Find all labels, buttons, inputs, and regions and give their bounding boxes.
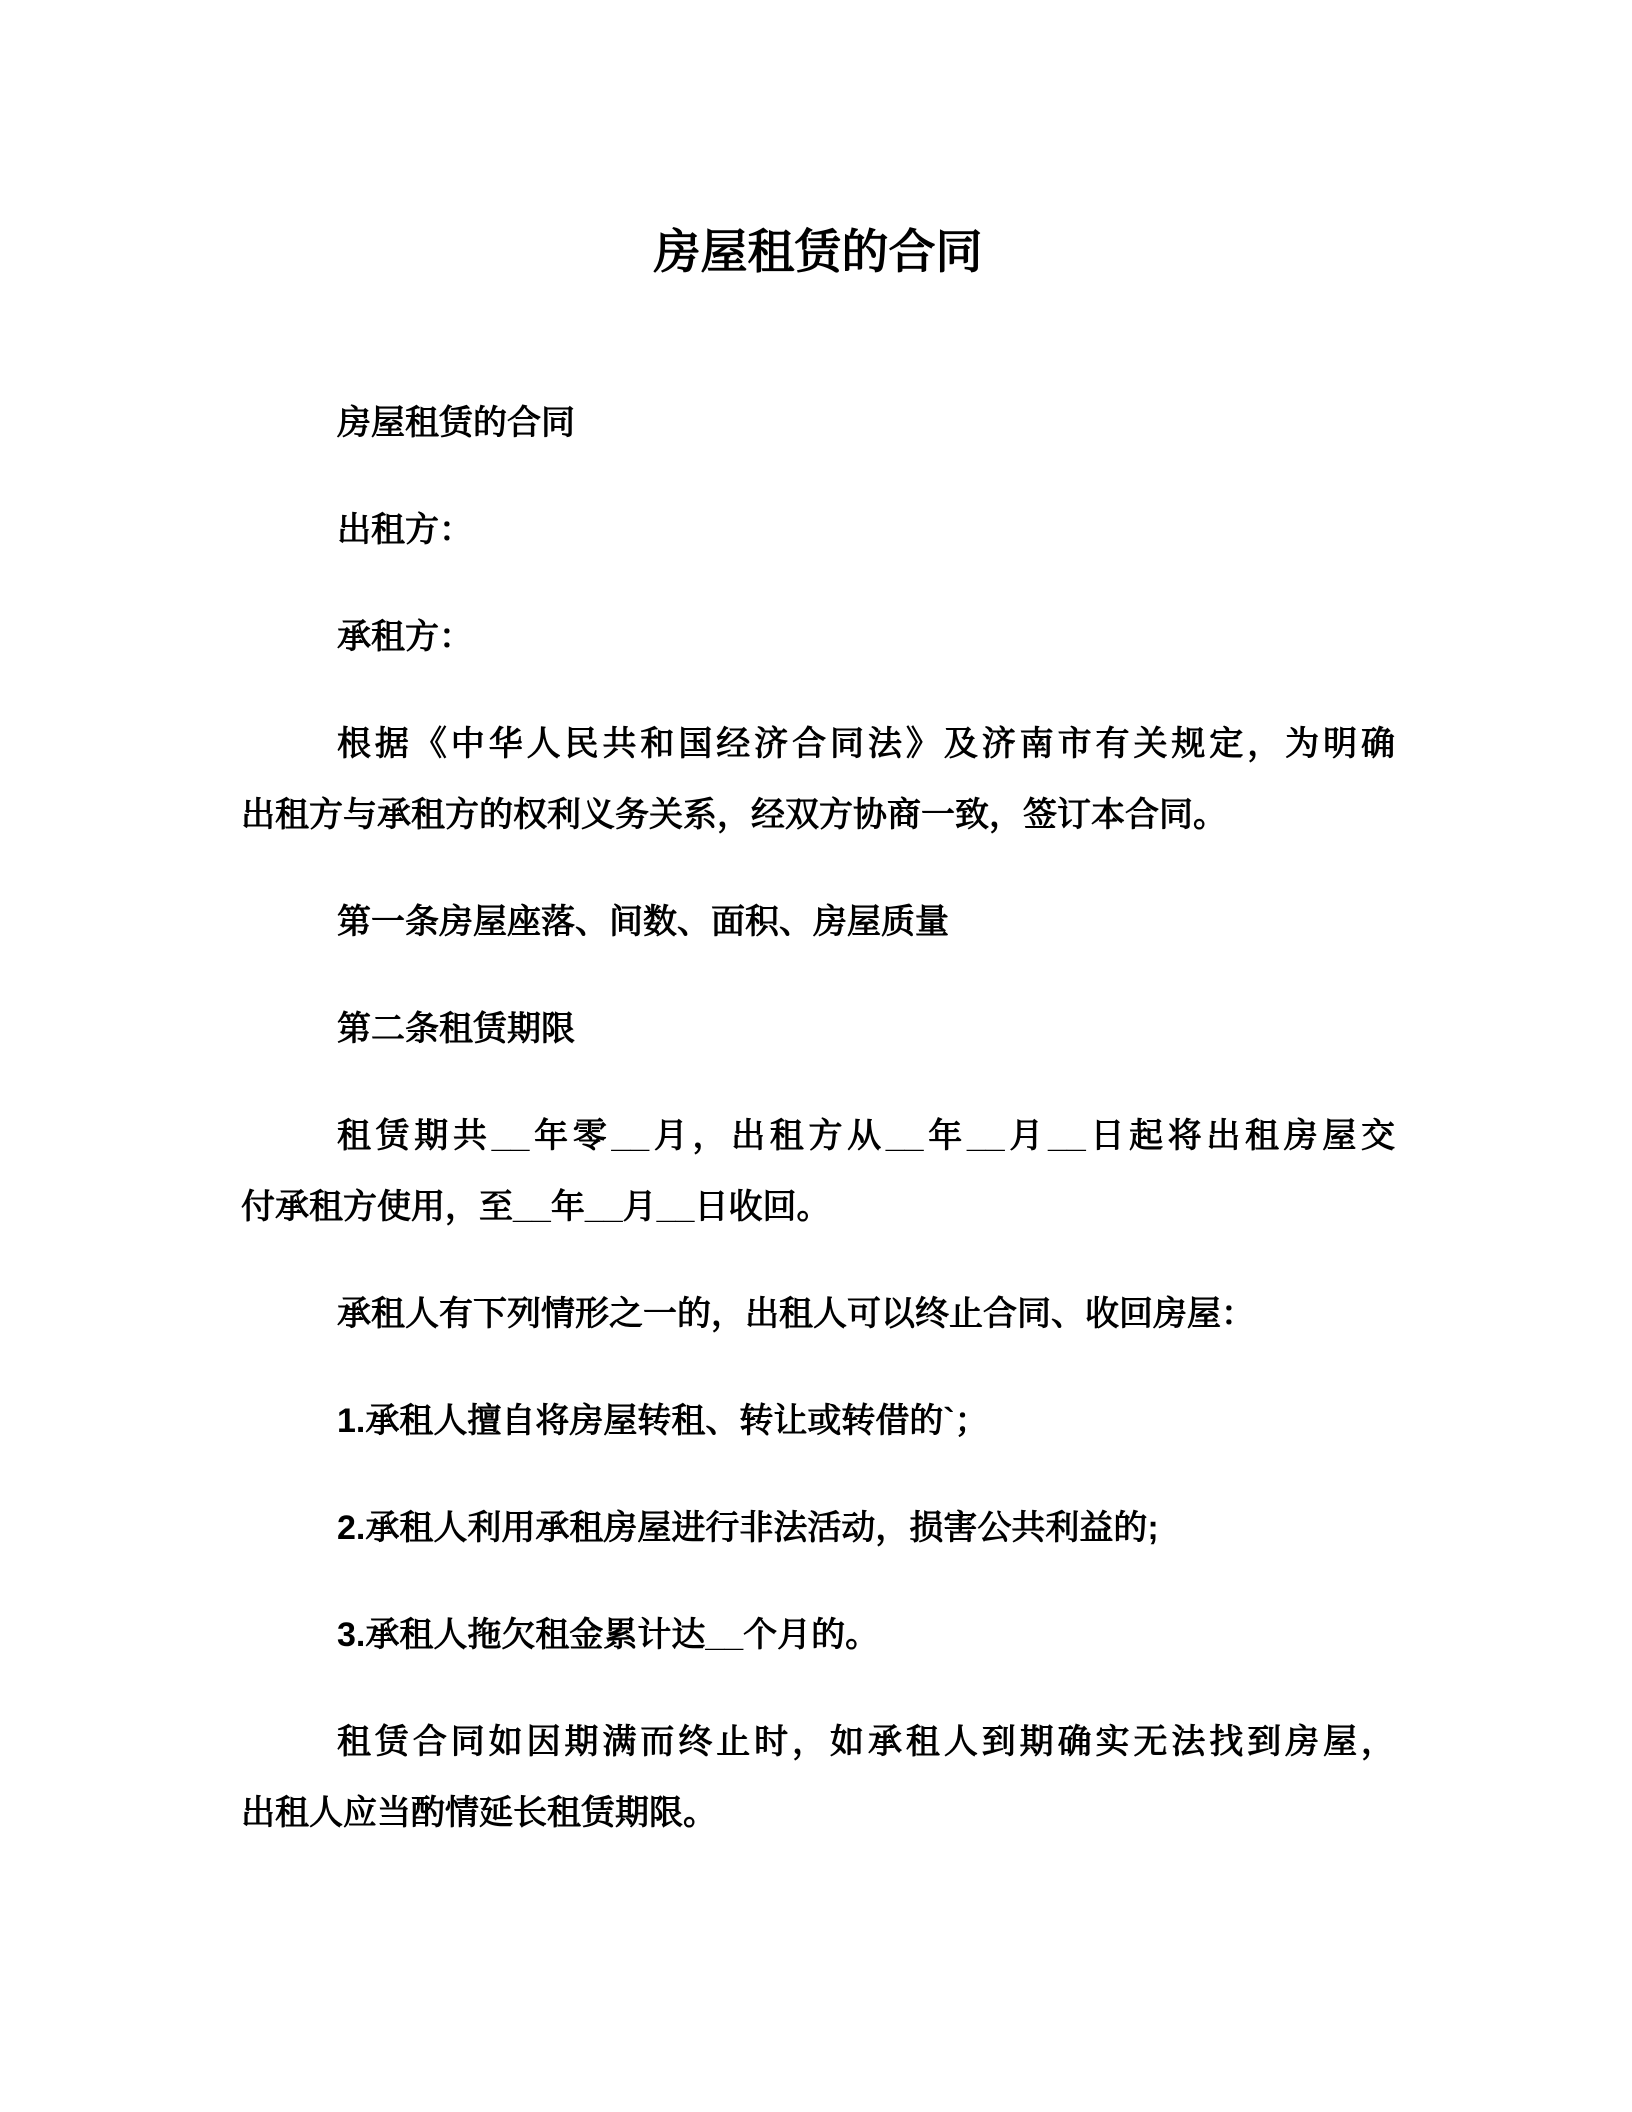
lease-extension-line-1: 租赁合同如因期满而终止时，如承租人到期确实无法找到房屋，	[241, 1707, 1395, 1778]
article-2-heading-line: 第二条租赁期限	[241, 994, 1395, 1065]
subtitle-paragraph: 房屋租赁的合同	[241, 388, 1395, 459]
termination-conditions-intro: 承租人有下列情形之一的，出租人可以终止合同、收回房屋：	[241, 1279, 1395, 1350]
lessor-label: 出租方：	[241, 495, 1395, 566]
lease-term-paragraph: 租赁期共__年零__月，出租方从__年__月__日起将出租房屋交 付承租方使用，…	[241, 1101, 1395, 1243]
preamble-line-2: 出租方与承租方的权利义务关系，经双方协商一致，签订本合同。	[241, 780, 1395, 851]
preamble-paragraph: 根据《中华人民共和国经济合同法》及济南市有关规定，为明确 出租方与承租方的权利义…	[241, 709, 1395, 851]
termination-condition-1-line: 1.承租人擅自将房屋转租、转让或转借的`；	[241, 1386, 1395, 1457]
document-title: 房屋租赁的合同	[241, 223, 1395, 281]
article-2-heading: 第二条租赁期限	[241, 994, 1395, 1065]
article-1-heading: 第一条房屋座落、间数、面积、房屋质量	[241, 887, 1395, 958]
lease-term-line-2: 付承租方使用，至__年__月__日收回。	[241, 1172, 1395, 1243]
preamble-line-1: 根据《中华人民共和国经济合同法》及济南市有关规定，为明确	[241, 709, 1395, 780]
lessee-party-paragraph: 承租方：	[241, 602, 1395, 673]
termination-condition-2: 2.承租人利用承租房屋进行非法活动，损害公共利益的;	[241, 1493, 1395, 1564]
lessor-party-paragraph: 出租方：	[241, 495, 1395, 566]
lease-extension-paragraph: 租赁合同如因期满而终止时，如承租人到期确实无法找到房屋， 出租人应当酌情延长租赁…	[241, 1707, 1395, 1849]
termination-condition-3-line: 3.承租人拖欠租金累计达__个月的。	[241, 1600, 1395, 1671]
termination-condition-1: 1.承租人擅自将房屋转租、转让或转借的`；	[241, 1386, 1395, 1457]
lease-term-line-1: 租赁期共__年零__月，出租方从__年__月__日起将出租房屋交	[241, 1101, 1395, 1172]
termination-condition-2-line: 2.承租人利用承租房屋进行非法活动，损害公共利益的;	[241, 1493, 1395, 1564]
lease-extension-line-2: 出租人应当酌情延长租赁期限。	[241, 1778, 1395, 1849]
lessee-label: 承租方：	[241, 602, 1395, 673]
termination-intro-line: 承租人有下列情形之一的，出租人可以终止合同、收回房屋：	[241, 1279, 1395, 1350]
article-1-heading-line: 第一条房屋座落、间数、面积、房屋质量	[241, 887, 1395, 958]
subtitle-line: 房屋租赁的合同	[241, 388, 1395, 459]
document-content: 房屋租赁的合同 房屋租赁的合同 出租方： 承租方： 根据《中华人民共和国经济合同…	[241, 0, 1395, 1885]
termination-condition-3: 3.承租人拖欠租金累计达__个月的。	[241, 1600, 1395, 1671]
document-page: 房屋租赁的合同 房屋租赁的合同 出租方： 承租方： 根据《中华人民共和国经济合同…	[0, 0, 1632, 2112]
